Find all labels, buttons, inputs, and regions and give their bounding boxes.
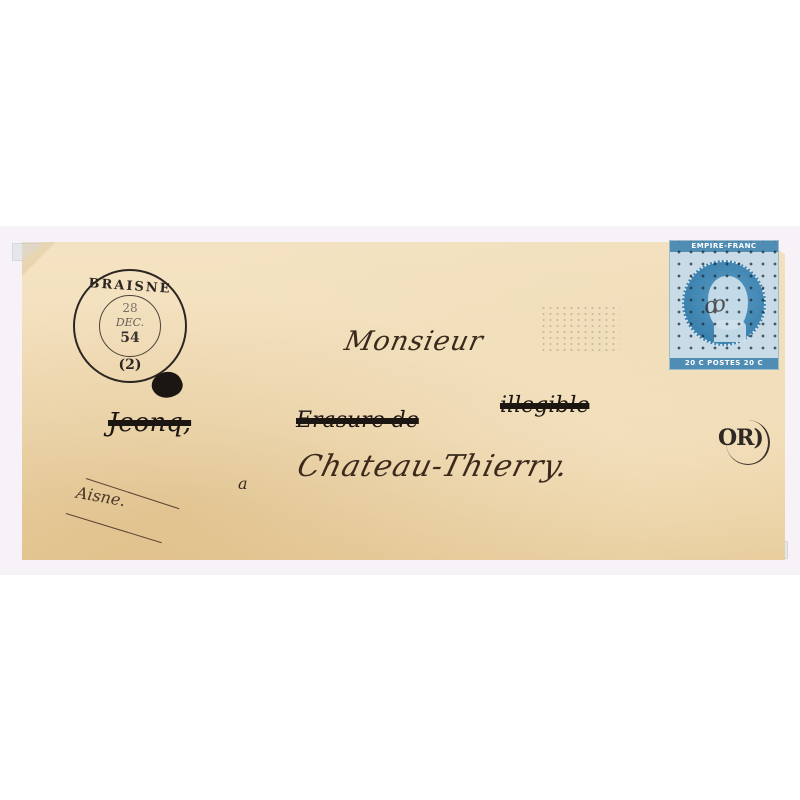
struck-word-2: Erasure de: [296, 408, 419, 433]
postmark-year: 54: [75, 330, 185, 346]
postmark-day: 28: [75, 301, 185, 315]
postage-stamp: EMPIRE-FRANC ꝏ 20 C POSTES 20 C: [669, 240, 779, 370]
address-preposition: a: [238, 474, 248, 493]
envelope-folded-corner: [22, 242, 56, 276]
struck-word-1: Jeonq,: [108, 408, 191, 438]
address-salutation: Monsieur: [342, 326, 487, 357]
struck-word-3: illegible: [500, 393, 589, 418]
origin-rural-mark: OR): [718, 425, 763, 451]
address-city: Chateau-Thierry.: [294, 449, 573, 484]
stamp-bottom-label: 20 C POSTES 20 C: [670, 358, 778, 369]
faint-postal-marking: [540, 305, 620, 355]
postmark-circular: BRAISNE 28 DEC. 54 (2): [73, 269, 187, 383]
stamp-cancel-scribble: ꝏ: [702, 291, 728, 319]
postmark-month: DEC.: [75, 316, 185, 329]
